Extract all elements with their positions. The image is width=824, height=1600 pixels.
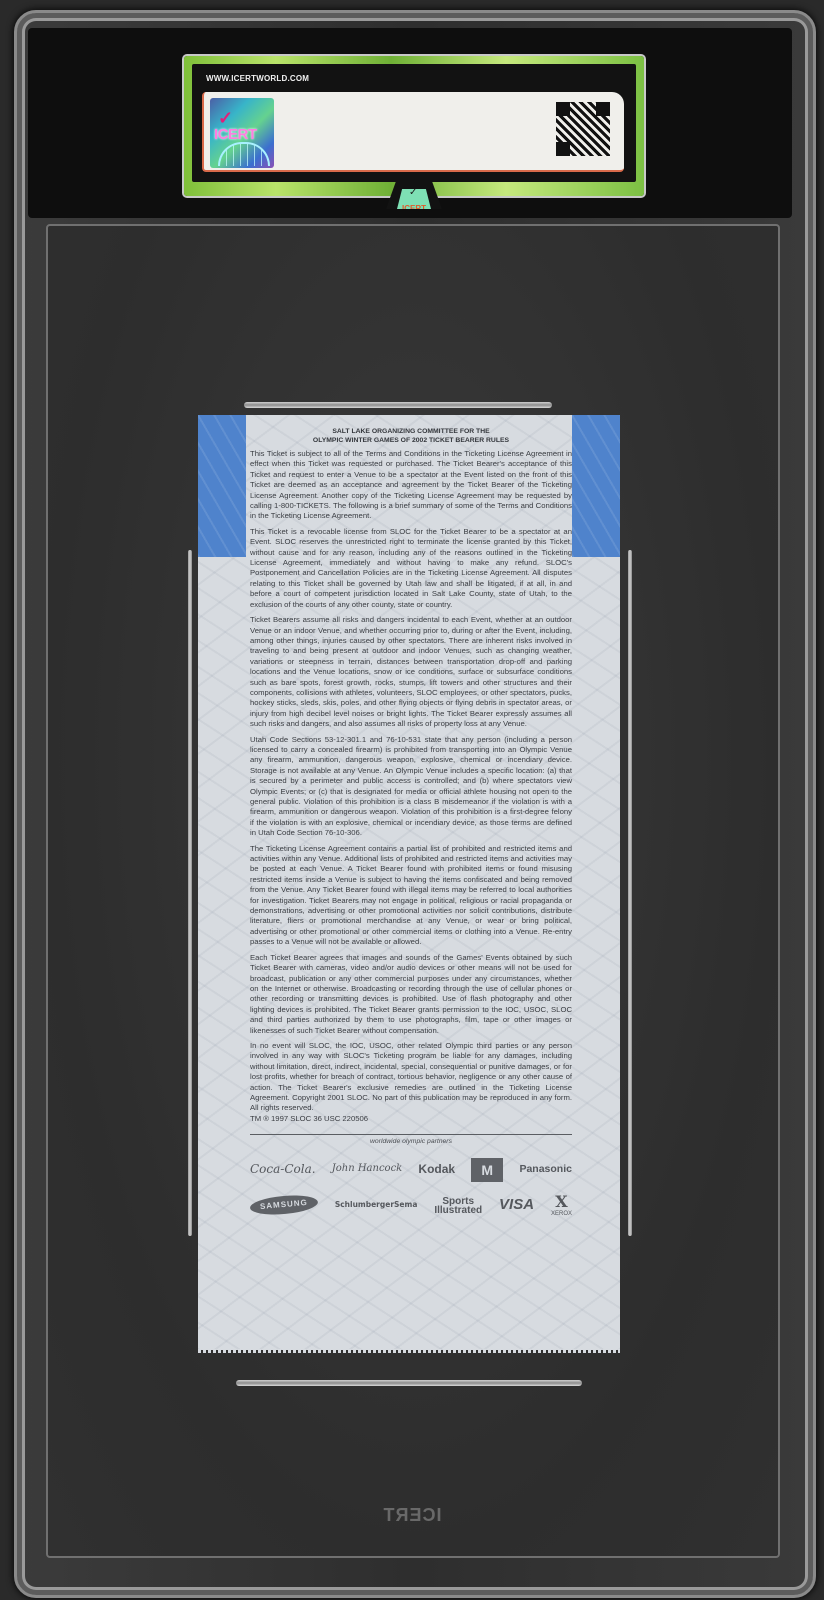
- hologram-icon: ✓ ICERT: [210, 98, 274, 168]
- si-line2: Illustrated: [434, 1205, 482, 1216]
- ticket-heading-line1: Salt Lake Organizing Committee for the: [250, 427, 572, 436]
- divider: [250, 1134, 572, 1135]
- top-rail: [244, 402, 552, 408]
- grading-label: WWW.ICERTWORLD.COM ✓ ICERT ✓ ICERT: [184, 56, 644, 196]
- right-rail: [628, 550, 632, 1236]
- terms-paragraph: The Ticketing License Agreement contains…: [250, 844, 572, 948]
- partners-label: worldwide olympic partners: [250, 1137, 572, 1147]
- terms-paragraph: Each Ticket Bearer agrees that images an…: [250, 953, 572, 1036]
- terms-paragraph: In no event will SLOC, the IOC, USOC, ot…: [250, 1041, 572, 1114]
- xerox-logo: X XEROX: [551, 1194, 572, 1218]
- samsung-logo: SAMSUNG: [249, 1193, 318, 1217]
- visa-logo: VISA: [499, 1200, 534, 1210]
- xerox-wordmark: XEROX: [551, 1211, 572, 1217]
- coca-cola-logo: Coca-Cola.: [250, 1164, 316, 1174]
- label-url: WWW.ICERTWORLD.COM: [206, 74, 309, 83]
- sports-illustrated-logo: Sports Illustrated: [434, 1197, 482, 1215]
- ticket-blue-band-left: [198, 415, 246, 557]
- label-inner-frame: WWW.ICERTWORLD.COM ✓ ICERT: [192, 64, 636, 182]
- check-mark-icon: ✓: [409, 187, 417, 198]
- panasonic-logo: Panasonic: [519, 1164, 572, 1174]
- ticket-heading-line2: Olympic Winter Games of 2002 Ticket Bear…: [250, 436, 572, 445]
- kodak-logo: Kodak: [418, 1164, 455, 1174]
- terms-paragraph: This Ticket is a revocable license from …: [250, 527, 572, 610]
- terms-paragraph: This Ticket is subject to all of the Ter…: [250, 449, 572, 522]
- perforated-edge: [198, 1349, 620, 1353]
- schlumbergersema-logo: SchlumbergerSema: [335, 1200, 418, 1210]
- globe-icon: [218, 142, 270, 166]
- ticket-heading: Salt Lake Organizing Committee for the O…: [250, 427, 572, 445]
- olympic-ticket-back: Salt Lake Organizing Committee for the O…: [198, 415, 620, 1350]
- bottom-rail: [236, 1380, 582, 1386]
- partner-logos-row-2: SAMSUNG SchlumbergerSema Sports Illustra…: [250, 1194, 572, 1218]
- label-card: ✓ ICERT: [202, 92, 624, 172]
- left-rail: [188, 550, 192, 1236]
- ticket-terms: Salt Lake Organizing Committee for the O…: [250, 427, 572, 1230]
- ticket-blue-band-right: [572, 415, 620, 557]
- label-tab: ✓ ICERT: [386, 181, 442, 209]
- mcdonalds-logo: M: [471, 1158, 503, 1182]
- qr-code-icon[interactable]: [556, 102, 610, 156]
- embossed-slab-logo: ICERT: [383, 1505, 442, 1526]
- partner-logos-row-1: Coca-Cola. John Hancock Kodak M Panasoni…: [250, 1158, 572, 1182]
- label-tab-badge: ✓ ICERT: [397, 189, 431, 209]
- terms-paragraph: Utah Code Sections 53-12-301.1 and 76-10…: [250, 735, 572, 839]
- xerox-x-icon: X: [551, 1194, 572, 1210]
- terms-paragraph: Ticket Bearers assume all risks and dang…: [250, 615, 572, 729]
- john-hancock-logo: John Hancock: [332, 1164, 403, 1174]
- hologram-brand-text: ICERT: [214, 126, 257, 143]
- trademark-line: TM ® 1997 SLOC 36 USC 220506: [250, 1114, 572, 1124]
